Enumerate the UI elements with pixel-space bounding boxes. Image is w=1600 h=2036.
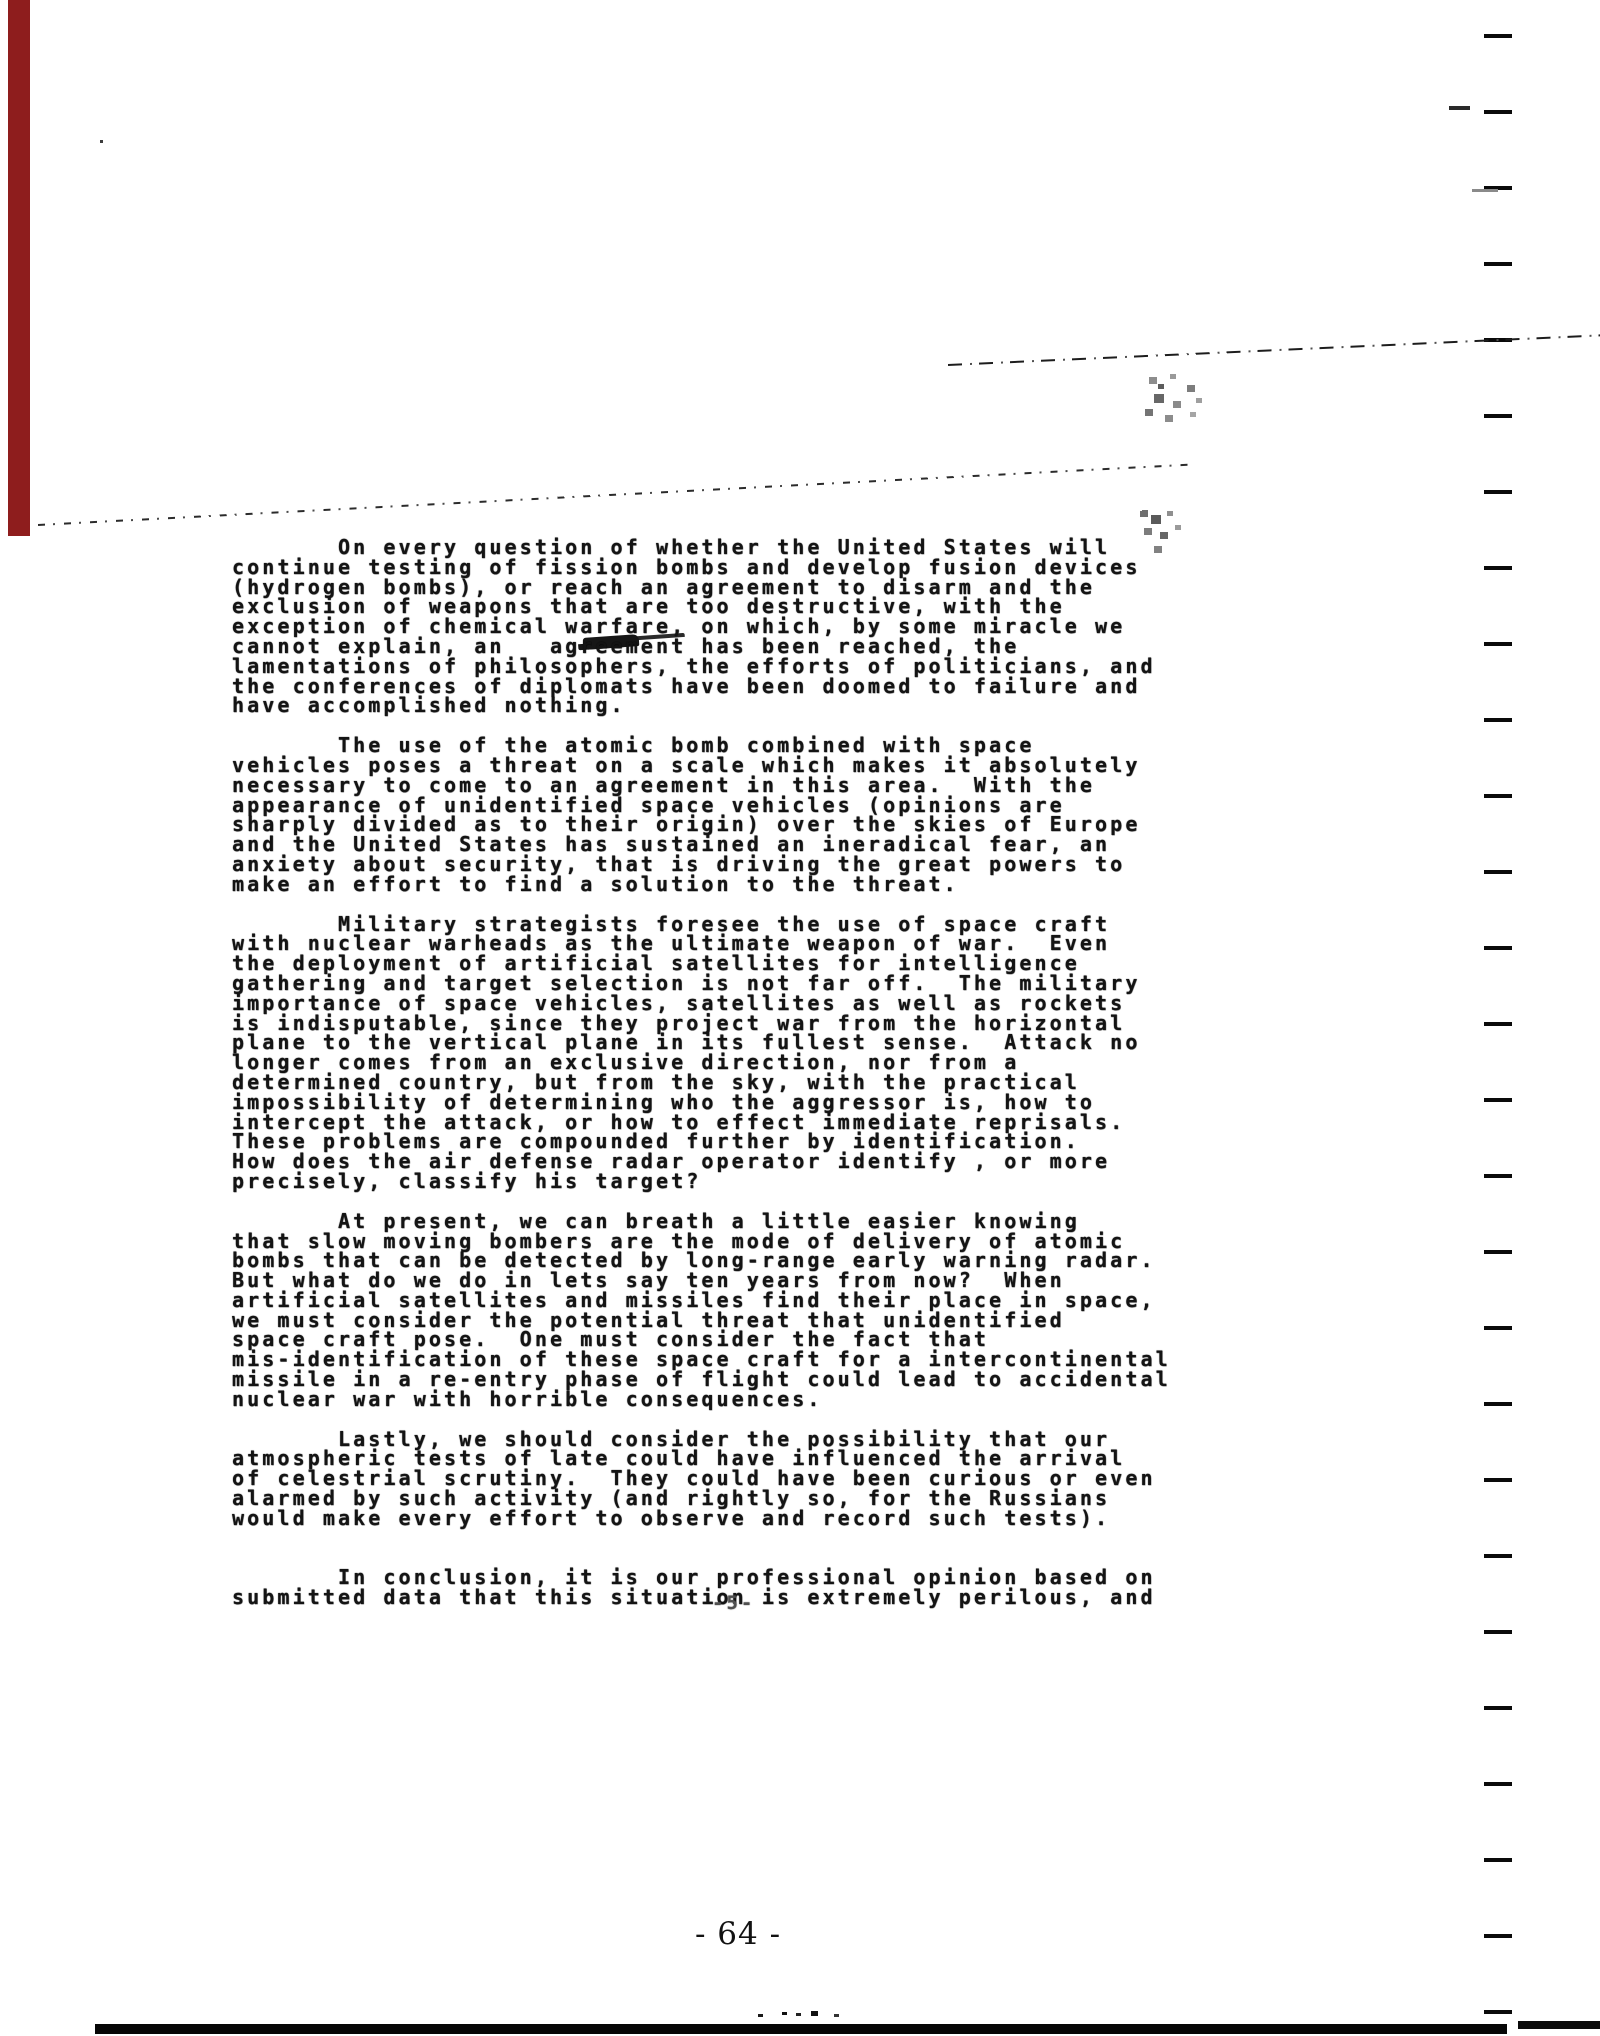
scanned-document-page: On every question of whether the United …	[0, 0, 1600, 2036]
text-line: nuclear war with horrible consequences.	[232, 1390, 1212, 1410]
text-line	[232, 1529, 1212, 1549]
paragraph: Military strategists foresee the use of …	[232, 915, 1212, 1192]
binding-tick-marks	[1484, 34, 1512, 2016]
red-margin-bar	[8, 0, 30, 536]
bottom-scan-bar	[95, 2024, 1507, 2034]
pencil-smudge-checkmark	[1138, 508, 1142, 511]
text-line: make an effort to find a solution to the…	[232, 875, 1212, 895]
bottom-scan-specks	[782, 2012, 787, 2015]
paragraph: The use of the atomic bomb combined with…	[232, 736, 1212, 894]
text-line: would make every effort to observe and r…	[232, 1509, 1212, 1529]
footer-page-number: - 64 -	[688, 1916, 788, 1952]
bottom-scan-bar-right	[1518, 2021, 1600, 2029]
paragraph: Lastly, we should consider the possibili…	[232, 1430, 1212, 1549]
text-line: precisely, classify his target?	[232, 1172, 1212, 1192]
binding-tick-extra-faint	[1472, 189, 1498, 192]
pencil-smudge-upper	[1145, 373, 1149, 376]
scan-crease-line-lower	[38, 464, 1193, 526]
scan-dot-artifact	[100, 140, 103, 143]
paragraph: On every question of whether the United …	[232, 538, 1212, 716]
text-line: have accomplished nothing.	[232, 696, 1212, 716]
binding-tick-extra	[1449, 106, 1470, 110]
document-body: On every question of whether the United …	[232, 538, 1212, 1608]
typed-page-number: -5-	[712, 1592, 755, 1614]
paragraph: At present, we can breath a little easie…	[232, 1212, 1212, 1410]
